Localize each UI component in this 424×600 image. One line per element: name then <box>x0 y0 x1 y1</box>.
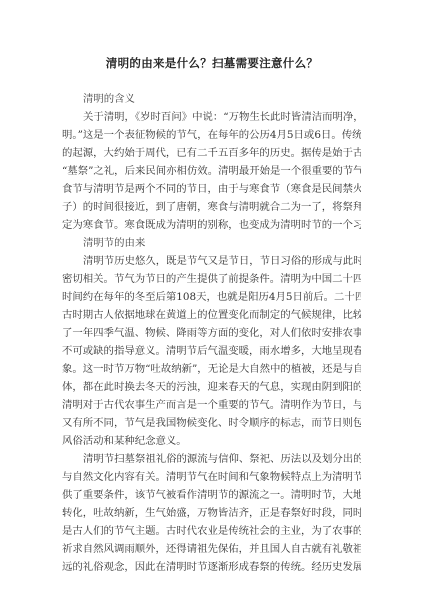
document-title: 清明的由来是什么？扫墓需要注意什么？ <box>0 55 424 71</box>
paragraph-line: 古时期古人依据地球在黄道上的位置变化而制定的气候规律，比较客观地反映 <box>62 306 361 324</box>
paragraph-line: 明。”这是一个表征物候的节气，在每年的公历4月5日或6日。传统的清明节 <box>62 126 361 144</box>
paragraph-line: 祈求自然风调雨顺外，还得请祖先保佑，并且国人自古就有礼敬祖先、慎终追 <box>62 540 361 558</box>
paragraph-line: 供了重要条件，该节气被看作清明节的源流之一。清明时节，大地呈春，阴阳 <box>62 486 361 504</box>
document-body: 清明的含义关于清明，《岁时百问》中说：“万物生长此时皆清洁而明净，故谓之清明。”… <box>62 90 361 576</box>
paragraph-line: 食节与清明节是两个不同的节日，由于与寒食节（寒食是民间禁火扫墓的日 <box>62 180 361 198</box>
paragraph-line: 了一年四季气温、物候、降雨等方面的变化，对人们依时安排农事生产活动有 <box>62 324 361 342</box>
paragraph-line: 子）的时间很接近，到了唐朝，寒食与清明就合二为一了，将祭拜扫墓的日子 <box>62 198 361 216</box>
paragraph-line: 与自然文化内容有关。清明节气在时间和气象物候特点上为清明节俗的形成提 <box>62 468 361 486</box>
document-page: 清明的由来是什么？扫墓需要注意什么？ 清明的含义关于清明，《岁时百问》中说：“万… <box>0 0 424 600</box>
paragraph-line: 转化，吐故纳新，生气始盛，万物皆洁齐，正是春祭好时段，同时郊外踏青也 <box>62 504 361 522</box>
paragraph-line: 清明对于古代农事生产而言是一个重要的节气。清明作为节日，与纯粹的节气 <box>62 396 361 414</box>
section-heading: 清明的含义 <box>62 90 361 108</box>
paragraph-line: 关于清明，《岁时百问》中说：“万物生长此时皆清洁而明净，故谓之清 <box>62 108 361 126</box>
paragraph-line: 清明节扫墓祭祖礼俗的源流与信仰、祭祀、历法以及划分出的节气等人文 <box>62 450 361 468</box>
paragraph-line: 风俗活动和某种纪念意义。 <box>62 432 361 450</box>
paragraph-line: 远的礼俗观念，因此在清明时节逐渐形成春祭的传统。经历史发展演变，清明 <box>62 558 361 576</box>
paragraph-line: 又有所不同，节气是我国物候变化、时令顺序的标志，而节日则包含着一定的 <box>62 414 361 432</box>
paragraph-line: 的起源，大约始于周代，已有二千五百多年的历史。据传是始于古代帝王将相 <box>62 144 361 162</box>
section-heading: 清明节的由来 <box>62 234 361 252</box>
paragraph-line: 象。这一时节万物“吐故纳新”，无论是大自然中的植被，还是与自然共处的人 <box>62 360 361 378</box>
paragraph-line: 清明节历史悠久，既是节气又是节日，节日习俗的形成与此时的节气特点 <box>62 252 361 270</box>
paragraph-line: 不可或缺的指导意义。清明节后气温变暖，雨水增多，大地呈现春和景明之 <box>62 342 361 360</box>
paragraph-line: “墓祭”之礼，后来民间亦相仿效。清明最开始是一个很重要的节气，本来寒 <box>62 162 361 180</box>
paragraph-line: 密切相关。节气为节日的产生提供了前提条件。清明为中国二十四节气之一， <box>62 270 361 288</box>
paragraph-line: 定为寒食节。寒食既成为清明的别称，也变成为清明时节的一个习俗。 <box>62 216 361 234</box>
paragraph-line: 体，都在此时换去冬天的污浊，迎来春天的气息，实现由阴到阳的转化。所以 <box>62 378 361 396</box>
paragraph-line: 时间约在每年的冬至后第108天，也就是阳历4月5日前后。二十四节气是上 <box>62 288 361 306</box>
paragraph-line: 是古人们的节气主题。古时代农业是传统社会的主业，为了农事的丰收，除了 <box>62 522 361 540</box>
